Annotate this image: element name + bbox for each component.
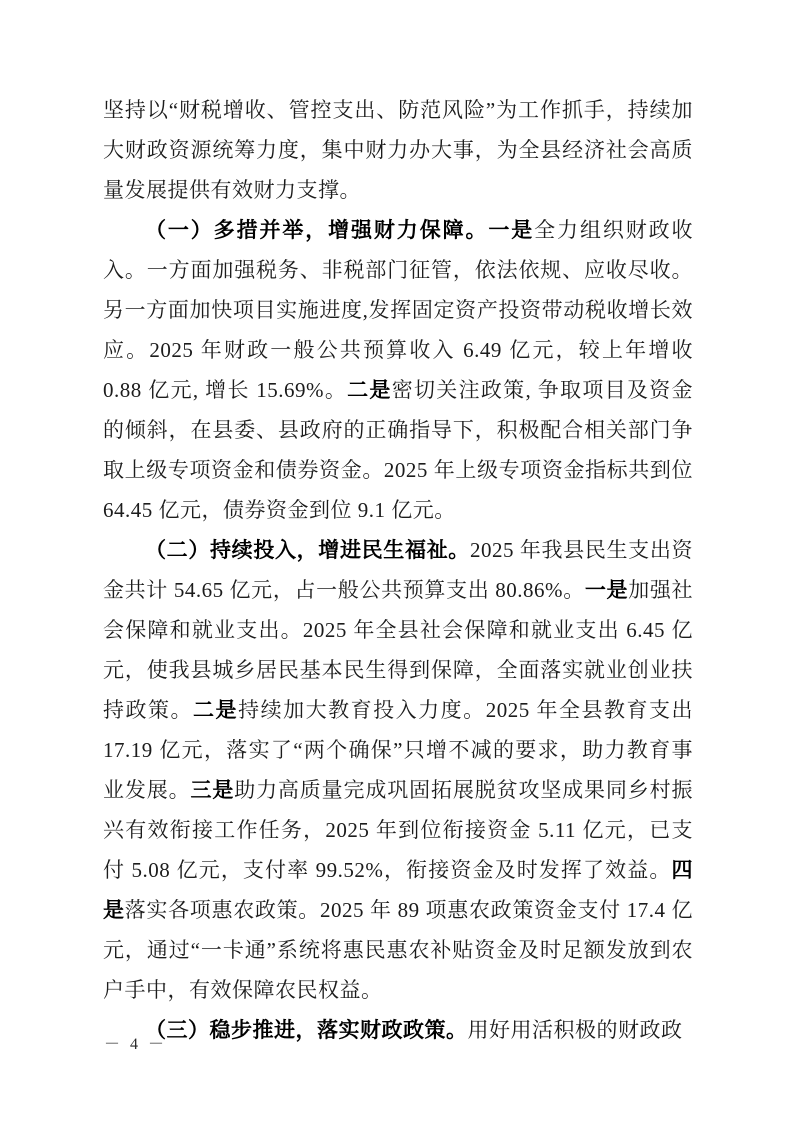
text-segment-bold: （二）持续投入，增进民生福祉。 <box>145 538 470 562</box>
text-segment-bold: 三是 <box>190 778 234 802</box>
text-segment: 落实各项惠农政策。2025 年 89 项惠农政策资金支付 17.4 亿元，通过“… <box>103 898 693 1002</box>
text-segment-bold: （三）稳步推进，落实财政政策。 <box>145 1018 468 1042</box>
text-segment-bold: （一）多措并举，增强财力保障。一是 <box>145 218 534 242</box>
text-segment-bold: 二是 <box>193 698 238 722</box>
text-segment: 用好用活积极的财政政 <box>468 1018 683 1042</box>
text-segment: 全力组织财政收入。一方面加强税务、非税部门征管，依法依规、应收尽收。另一方面加快… <box>103 218 693 402</box>
page-number: － 4 － <box>104 1031 167 1054</box>
paragraph-section-2: （二）持续投入，增进民生福祉。2025 年我县民生支出资金共计 54.65 亿元… <box>103 530 693 1010</box>
text-segment-bold: 一是 <box>585 578 628 602</box>
document-page: 坚持以“财税增收、管控支出、防范风险”为工作抓手，持续加大财政资源统筹力度，集中… <box>0 0 793 1122</box>
document-body: 坚持以“财税增收、管控支出、防范风险”为工作抓手，持续加大财政资源统筹力度，集中… <box>103 90 693 1050</box>
text-segment: 坚持以“财税增收、管控支出、防范风险”为工作抓手，持续加大财政资源统筹力度，集中… <box>103 98 693 202</box>
text-segment-bold: 二是 <box>347 378 392 402</box>
paragraph-section-3: （三）稳步推进，落实财政政策。用好用活积极的财政政 <box>103 1010 693 1050</box>
paragraph-section-1: （一）多措并举，增强财力保障。一是全力组织财政收入。一方面加强税务、非税部门征管… <box>103 210 693 530</box>
paragraph-continuation: 坚持以“财税增收、管控支出、防范风险”为工作抓手，持续加大财政资源统筹力度，集中… <box>103 90 693 210</box>
